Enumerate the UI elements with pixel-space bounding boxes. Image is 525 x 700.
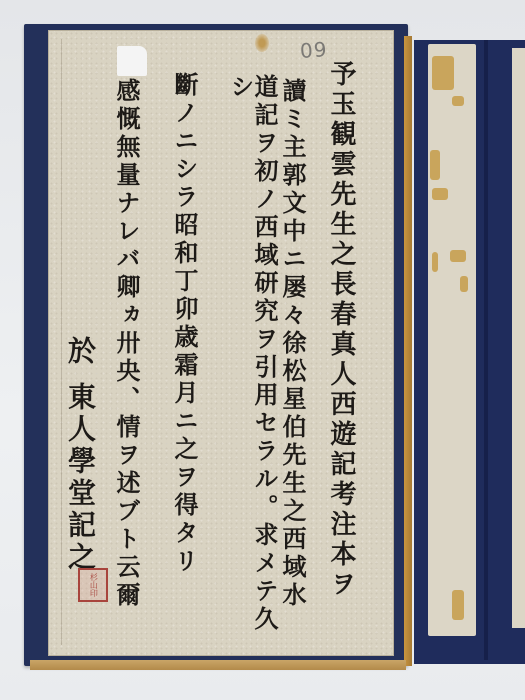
book-page-edge-side bbox=[404, 36, 412, 666]
second-book-paper-strip bbox=[428, 44, 476, 636]
tan-stain bbox=[432, 56, 454, 90]
second-book-paper-edge bbox=[512, 48, 525, 628]
foxing-stain bbox=[255, 34, 269, 52]
book-page-edge-bottom bbox=[30, 660, 406, 670]
text-column-1: 予玉観雲先生之長春真人西遊記考注本ヲ bbox=[328, 60, 354, 620]
text-column-2: 讀ミ主郭文中ニ屡々徐松星伯先生之西域水 bbox=[280, 78, 304, 638]
paper-repair-patch bbox=[117, 46, 147, 76]
tan-stain bbox=[432, 188, 448, 200]
text-column-3: 道記ヲ初ノ西域研究ヲ引用セラル。求メテ久シ bbox=[228, 74, 276, 634]
tan-stain bbox=[450, 250, 466, 262]
tan-stain bbox=[430, 150, 440, 180]
pencil-catalog-number: 09 bbox=[299, 37, 328, 63]
tan-stain bbox=[460, 276, 468, 292]
text-column-5: 感慨無量ナレバ卿ヵ卅央、情ヲ述ブト云爾 bbox=[114, 78, 138, 638]
text-column-4: 斷ノニシラ昭和丁卯歳霜月ニ之ヲ得タリ bbox=[172, 72, 196, 632]
second-book-fold bbox=[484, 40, 488, 660]
tan-stain bbox=[452, 96, 464, 106]
red-seal-stamp: 杉山印 bbox=[78, 568, 108, 602]
tan-stain bbox=[452, 590, 464, 620]
tan-stain bbox=[432, 252, 438, 272]
